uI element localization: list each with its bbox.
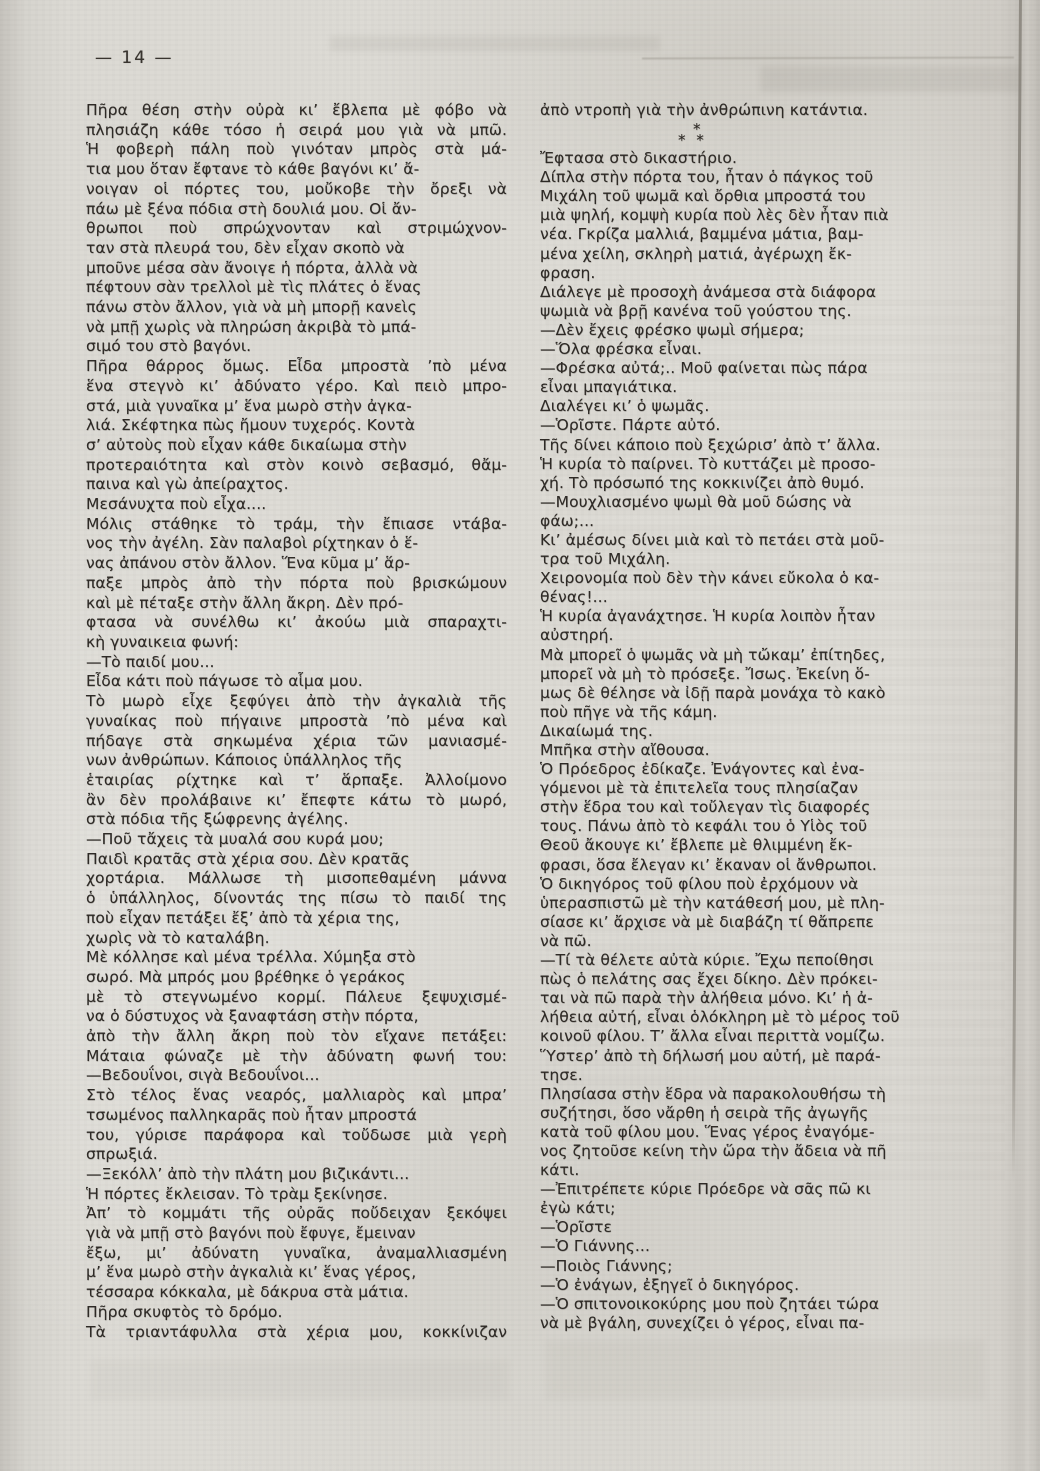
text-line: Πῆρα θέση στὴν οὐρὰ κι’ ἔβλεπα μὲ φόβο ν… bbox=[86, 101, 507, 121]
text-line: ποὺ πῆγε νὰ τῆς κάμη. bbox=[540, 703, 992, 722]
right-text-column: ἀπὸ ντροπὴ γιὰ τὴν ἀνθρώπινη κατάντια. *… bbox=[540, 101, 992, 1333]
text-line: Εἶδα κάτι ποὺ πάγωσε τὸ αἷμα μου. bbox=[86, 672, 507, 692]
text-line: χορτάρια. Μάλλωσε τὴ μισοπεθαμένη μάννα bbox=[86, 869, 507, 889]
text-line: ἀπὸ ντροπὴ γιὰ τὴν ἀνθρώπινη κατάντια. bbox=[540, 101, 992, 120]
text-line: —Τὸ παιδί μου... bbox=[86, 653, 507, 673]
text-line: φάω;... bbox=[540, 512, 992, 531]
page-number: — 14 — bbox=[95, 48, 173, 68]
text-line: φτασα νὰ συνέλθω κι’ ἀκούω μιὰ σπαραχτι- bbox=[86, 613, 507, 633]
text-line: Δικαίωμά της. bbox=[540, 722, 992, 741]
text-line: σίασε κι’ ἄρχισε νὰ μὲ διαβάζη τί θἄπρεπ… bbox=[540, 913, 992, 932]
text-line: σιμό του στὸ βαγόνι. bbox=[86, 337, 507, 357]
text-line: Μὰ μπορεῖ ὁ ψωμᾶς νὰ μὴ τὤκαμ’ ἐπίτηδες, bbox=[540, 646, 992, 665]
text-line: νος ζητοῦσε κείνη τὴν ὥρα τὴν ἄδεια νὰ π… bbox=[540, 1142, 992, 1161]
text-line: ἂν δὲν προλάβαινε κι’ ἔπεφτε κάτω τὸ μωρ… bbox=[86, 791, 507, 811]
text-line: προτεραιότητα καὶ στὸν κοινὸ σεβασμό, θἄ… bbox=[86, 456, 507, 476]
text-line: στὰ πόδια τῆς ξώφρενης ἀγέλης. bbox=[86, 810, 507, 830]
text-line: Δίπλα στὴν πόρτα του, ἦταν ὁ πάγκος τοῦ bbox=[540, 168, 992, 187]
text-line: νοιγαν οἱ πόρτες του, μοὔκοβε τὴν ὄρεξι … bbox=[86, 180, 507, 200]
text-line: γόμενοι μὲ τὰ ἐπιτελεῖα τους πλησίαζαν bbox=[540, 779, 992, 798]
text-line: πήδαγε στὰ σηκωμένα χέρια τῶν μανιασμέ- bbox=[86, 732, 507, 752]
text-line: ται νὰ πῶ παρὰ τὴν ἀλήθεια μόνο. Κι’ ἡ ἀ… bbox=[540, 989, 992, 1008]
text-line: τησε. bbox=[540, 1066, 992, 1085]
bleedthrough-smudge bbox=[330, 36, 660, 51]
text-line: γυναίκας ποὺ πήγαινε μπροστὰ ’πὸ μένα κα… bbox=[86, 712, 507, 732]
text-line: Στὸ τέλος ἕνας νεαρός, μαλλιαρὸς καὶ μπρ… bbox=[86, 1086, 507, 1106]
text-line: πάω μὲ ξένα πόδια στὴ δουλιά μου. Οἱ ἄν- bbox=[86, 200, 507, 220]
text-line: ἀπὸ τὴν ἄλλη ἄκρη ποὺ τὸν εἴχανε πετάξει… bbox=[86, 1027, 507, 1047]
text-line: νος τὴν ἀγέλη. Σὰν παλαβοὶ ρίχτηκαν ὁ ἕ- bbox=[86, 534, 507, 554]
text-line: Χειρονομία ποὺ δὲν τὴν κάνει εὔκολα ὁ κα… bbox=[540, 569, 992, 588]
bleedthrough-smudge bbox=[545, 1340, 985, 1400]
text-line: Τῆς δίνει κάποιο ποὺ ξεχώρισ’ ἀπὸ τ’ ἄλλ… bbox=[540, 436, 992, 455]
text-line: θρωποι ποὺ σπρώχνονταν καὶ στριμώχνον- bbox=[86, 219, 507, 239]
text-line: σπρωξιά. bbox=[86, 1145, 507, 1165]
text-line: Ὁ Πρόεδρος ἐδίκαζε. Ἐνάγοντες καὶ ἐνα- bbox=[540, 760, 992, 779]
text-line: παξε μπρὸς ἀπὸ τὴν πόρτα ποὺ βρισκώμουν bbox=[86, 574, 507, 594]
text-line: —Ὁ ἐνάγων, ἐξηγεῖ ὁ δικηγόρος. bbox=[540, 1276, 992, 1295]
asterism-separator: * * * bbox=[678, 124, 992, 146]
right-column-lead: ἀπὸ ντροπὴ γιὰ τὴν ἀνθρώπινη κατάντια. bbox=[540, 101, 992, 120]
text-line: —Τί τὰ θέλετε αὐτὰ κύριε. Ἔχω πεποίθησι bbox=[540, 951, 992, 970]
text-line: Πλησίασα στὴν ἕδρα νὰ παρακολουθήσω τὴ bbox=[540, 1085, 992, 1104]
text-line: Μιχάλη τοῦ ψωμᾶ καὶ ὄρθια μπροστά του bbox=[540, 187, 992, 206]
text-line: ποὺ εἶχαν πετάξει ἔξ’ ἀπὸ τὰ χέρια της, bbox=[86, 909, 507, 929]
text-line: —Ὁ σπιτονοικοκύρης μου ποὺ ζητάει τώρα bbox=[540, 1295, 992, 1314]
text-line: νὰ μπῇ χωρὶς νὰ πληρώση ἀκριβὰ τὸ μπά- bbox=[86, 318, 507, 338]
text-line: —Μουχλιασμένο ψωμὶ θὰ μοῦ δώσης νὰ bbox=[540, 493, 992, 512]
text-line: κατὰ τοῦ φίλου μου. Ἕνας γέρος ἐναγόμε- bbox=[540, 1123, 992, 1142]
text-line: να ὁ δύστυχος νὰ ξαναφτάση στὴν πόρτα, bbox=[86, 1007, 507, 1027]
text-line: Μεσάνυχτα ποὺ εἶχα.... bbox=[86, 495, 507, 515]
text-line: Τὸ μωρὸ εἶχε ξεφύγει ἀπὸ τὴν ἀγκαλιὰ τῆς bbox=[86, 692, 507, 712]
text-line: Πῆρα σκυφτὸς τὸ δρόμο. bbox=[86, 1303, 507, 1323]
text-line: φρασι, ὅσα ἔλεγαν κι’ ἔκαναν οἱ ἄνθρωποι… bbox=[540, 856, 992, 875]
page-edge-line bbox=[1012, 0, 1022, 1182]
text-line: Παιδὶ κρατᾶς στὰ χέρια σου. Δὲν κρατᾶς bbox=[86, 850, 507, 870]
text-line: τέσσαρα κόκκαλα, μὲ δάκρυα στὰ μάτια. bbox=[86, 1283, 507, 1303]
text-line: μιὰ ψηλή, κομψὴ κυρία ποὺ λὲς δὲν ἦταν π… bbox=[540, 206, 992, 225]
text-line: λιά. Σκέφτηκα πὼς ἤμουν τυχερός. Κοντὰ bbox=[86, 416, 507, 436]
text-line: χή. Τὸ πρόσωπό της κοκκινίζει ἀπὸ θυμό. bbox=[540, 474, 992, 493]
left-text-column: Πῆρα θέση στὴν οὐρὰ κι’ ἔβλεπα μὲ φόβο ν… bbox=[86, 101, 507, 1342]
text-line: νων ἀνθρώπων. Κάποιος ὑπάλληλος τῆς bbox=[86, 751, 507, 771]
text-line: φραση. bbox=[540, 264, 992, 283]
text-line: Μόλις στάθηκε τὸ τράμ, τὴν ἔπιασε ντάβα- bbox=[86, 515, 507, 535]
text-line: καὶ μὲ πέταξε στὴν ἄλλη ἄκρη. Δὲν πρό- bbox=[86, 594, 507, 614]
text-line: τια μου ὅταν ἔφτανε τὸ κάθε βαγόνι κι’ ἄ… bbox=[86, 160, 507, 180]
text-line: —Φρέσκα αὐτά;.. Μοῦ φαίνεται πὼς πάρα bbox=[540, 359, 992, 378]
text-line: Διάλεγε μὲ προσοχὴ ἀνάμεσα στὰ διάφορα bbox=[540, 283, 992, 302]
text-line: —Ὅλα φρέσκα εἶναι. bbox=[540, 340, 992, 359]
text-line: —Ξεκόλλ’ ἀπὸ τὴν πλάτη μου βιζικάντι... bbox=[86, 1165, 507, 1185]
text-line: Τὰ τριαντάφυλλα στὰ χέρια μου, κοκκίνιζα… bbox=[86, 1323, 507, 1343]
text-line: νὰ μὲ βγάλη, συνεχίζει ὁ γέρος, εἶναι πα… bbox=[540, 1314, 992, 1333]
text-line: νας ἀπάνου στὸν ἄλλον. Ἕνα κῦμα μ’ ἅρ- bbox=[86, 554, 507, 574]
text-line: Ἡ φοβερὴ πάλη ποὺ γινόταν μπρὸς στὰ μά- bbox=[86, 140, 507, 160]
text-line: Ἡ πόρτες ἔκλεισαν. Τὸ τρὰμ ξεκίνησε. bbox=[86, 1185, 507, 1205]
text-line: Μὲ κόλλησε καὶ μένα τρέλλα. Χύμηξα στὸ bbox=[86, 948, 507, 968]
bleedthrough-rule bbox=[642, 57, 1014, 60]
text-line: μένα χείλη, σκληρὴ ματιά, ἀγέρωχη ἔκ- bbox=[540, 245, 992, 264]
text-line: —Ὁρῖστε. Πάρτε αὐτό. bbox=[540, 416, 992, 435]
text-line: —Δὲν ἔχεις φρέσκο ψωμὶ σήμερα; bbox=[540, 321, 992, 340]
text-line: στά, μιὰ γυναῖκα μ’ ἕνα μωρὸ στὴν ἀγκα- bbox=[86, 397, 507, 417]
text-line: τσωμένος παλληκαρᾶς ποὺ ἦταν μπροστά bbox=[86, 1106, 507, 1126]
text-line: θένας!... bbox=[540, 588, 992, 607]
text-line: Ἡ κυρία τὸ παίρνει. Τὸ κυττάζει μὲ προσο… bbox=[540, 455, 992, 474]
text-line: —Βεδουΐνοι, σιγὰ Βεδουΐνοι... bbox=[86, 1066, 507, 1086]
text-line: συζήτησι, ὅσο νἄρθη ἡ σειρὰ τῆς ἀγωγῆς bbox=[540, 1104, 992, 1123]
text-line: Ὁ δικηγόρος τοῦ φίλου ποὺ ἐρχόμουν νὰ bbox=[540, 875, 992, 894]
text-line: —Ἐπιτρέπετε κύριε Πρόεδρε νὰ σᾶς πῶ κι bbox=[540, 1180, 992, 1199]
text-line: ἔξω, μι’ ἀδύνατη γυναῖκα, ἀναμαλλιασμένη bbox=[86, 1244, 507, 1264]
bleedthrough-smudge bbox=[90, 1360, 510, 1400]
text-line: —Ὁρῖστε bbox=[540, 1218, 992, 1237]
scanned-page: — 14 — Πῆρα θέση στὴν οὐρὰ κι’ ἔβλεπα μὲ… bbox=[0, 0, 1040, 1471]
text-line: μ’ ἕνα μωρὸ στὴν ἀγκαλιὰ κι’ ἕνας γέρος, bbox=[86, 1263, 507, 1283]
text-line: ταν στὰ πλευρά του, δὲν εἶχαν σκοπὸ νὰ bbox=[86, 239, 507, 259]
text-line: πλησιάζη κάθε τόσο ἡ σειρά μου γιὰ νὰ μπ… bbox=[86, 121, 507, 141]
text-line: ὁ ὑπάλληλος, δίνοντάς της πίσω τὸ παιδί … bbox=[86, 889, 507, 909]
text-line: τρα τοῦ Μιχάλη. bbox=[540, 550, 992, 569]
text-line: —Ποῦ τἄχεις τὰ μυαλά σου κυρά μου; bbox=[86, 830, 507, 850]
text-line: ἐγὼ κάτι; bbox=[540, 1199, 992, 1218]
bleedthrough-smudge bbox=[760, 66, 1020, 92]
text-line: νὰ πῶ. bbox=[540, 932, 992, 951]
text-line: Πῆρα θάρρος ὅμως. Εἶδα μπροστὰ ’πὸ μένα bbox=[86, 357, 507, 377]
text-line: εἶναι μπαγιάτικα. bbox=[540, 378, 992, 397]
text-line: Θεοῦ ἄκουγε κι’ ἔβλεπε μὲ θλιμμένη ἔκ- bbox=[540, 836, 992, 855]
text-line: γιὰ νὰ μπῇ στὸ βαγόνι ποὺ ἔφυγε, ἔμειναν bbox=[86, 1224, 507, 1244]
asterism-bottom: * * bbox=[678, 135, 992, 146]
text-line: Μάταια φώναζε μὲ τὴν ἀδύνατη φωνή του: bbox=[86, 1047, 507, 1067]
text-line: νέα. Γκρίζα μαλλιά, βαμμένα μάτια, βαμ- bbox=[540, 225, 992, 244]
text-line: πάνω στὸν ἄλλον, γιὰ νὰ μὴ μπορῇ κανεὶς bbox=[86, 298, 507, 318]
text-line: πέφτουν σὰν τρελλοὶ μὲ τὶς πλάτες ὁ ἕνας bbox=[86, 278, 507, 298]
text-line: Ἀπ’ τὸ κομμάτι τῆς οὐρᾶς ποὔδειχαν ξεκόψ… bbox=[86, 1204, 507, 1224]
text-line: Ὕστερ’ ἀπὸ τὴ δήλωσή μου αὐτή, μὲ παρά- bbox=[540, 1047, 992, 1066]
asterism-top: * bbox=[693, 124, 992, 135]
text-line: σωρό. Μὰ μπρός μου βρέθηκε ὁ γεράκος bbox=[86, 968, 507, 988]
right-column-body: Ἔφτασα στὸ δικαστήριο.Δίπλα στὴν πόρτα τ… bbox=[540, 149, 992, 1333]
text-line: του, γύρισε παράφορα καὶ τοὔδωσε μιὰ γερ… bbox=[86, 1126, 507, 1146]
text-line: σ’ αὐτοὺς ποὺ εἶχαν κάθε δικαίωμα στὴν bbox=[86, 436, 507, 456]
text-line: τους. Πάνω ἀπὸ τὸ κεφάλι του ὁ Υἱὸς τοῦ bbox=[540, 817, 992, 836]
text-line: μποῦνε μέσα σὰν ἄνοιγε ἡ πόρτα, ἀλλὰ νὰ bbox=[86, 259, 507, 279]
text-line: Διαλέγει κι’ ὁ ψωμᾶς. bbox=[540, 397, 992, 416]
text-line: —Ὁ Γιάννης... bbox=[540, 1237, 992, 1256]
text-line: ὑπερασπιστῶ μὲ τὴν κατάθεσή μου, μὲ πλη- bbox=[540, 894, 992, 913]
text-line: κοινοῦ φίλου. Τ’ ἄλλα εἶναι περιττὰ νομί… bbox=[540, 1027, 992, 1046]
text-line: στὴν ἕδρα του καὶ τοὔλεγαν τὶς διαφορές bbox=[540, 798, 992, 817]
text-line: χωρὶς νὰ τὸ καταλάβη. bbox=[86, 929, 507, 949]
text-line: αὐστηρή. bbox=[540, 626, 992, 645]
text-line: Κι’ ἀμέσως δίνει μιὰ καὶ τὸ πετάει στὰ μ… bbox=[540, 531, 992, 550]
text-line: μως δὲ θέλησε νὰ ἰδῇ παρὰ μονάχα τὸ κακὸ bbox=[540, 684, 992, 703]
text-line: Ἡ κυρία ἀγανάχτησε. Ἡ κυρία λοιπὸν ἦταν bbox=[540, 607, 992, 626]
text-line: ἑταιρίας ρίχτηκε καὶ τ’ ἅρπαξε. Ἀλλοίμον… bbox=[86, 771, 507, 791]
text-line: ἕνα στεγνὸ κι’ ἀδύνατο γέρο. Καὶ πειὸ μπ… bbox=[86, 377, 507, 397]
text-line: μὲ τὸ στεγνωμένο κορμί. Πάλευε ξεψυχισμέ… bbox=[86, 988, 507, 1008]
text-line: κὴ γυναικεια φωνή: bbox=[86, 633, 507, 653]
text-line: Μπῆκα στὴν αἴθουσα. bbox=[540, 741, 992, 760]
text-line: πὼς ὁ πελάτης σας ἔχει δίκηο. Δὲν πρόκει… bbox=[540, 970, 992, 989]
text-line: μπορεῖ νὰ μὴ τὸ πρόσεξε. Ἴσως. Ἐκείνη ὅ- bbox=[540, 665, 992, 684]
text-line: ψωμιὰ νὰ βρῇ κανένα τοῦ γούστου της. bbox=[540, 302, 992, 321]
text-line: λήθεια αὐτή, εἶναι ὁλόκληρη μὲ τὸ μέρος … bbox=[540, 1008, 992, 1027]
text-line: Ἔφτασα στὸ δικαστήριο. bbox=[540, 149, 992, 168]
text-line: —Ποιὸς Γιάννης; bbox=[540, 1257, 992, 1276]
text-line: κάτι. bbox=[540, 1161, 992, 1180]
text-line: παινα καὶ γὼ ἀπείραχτος. bbox=[86, 475, 507, 495]
